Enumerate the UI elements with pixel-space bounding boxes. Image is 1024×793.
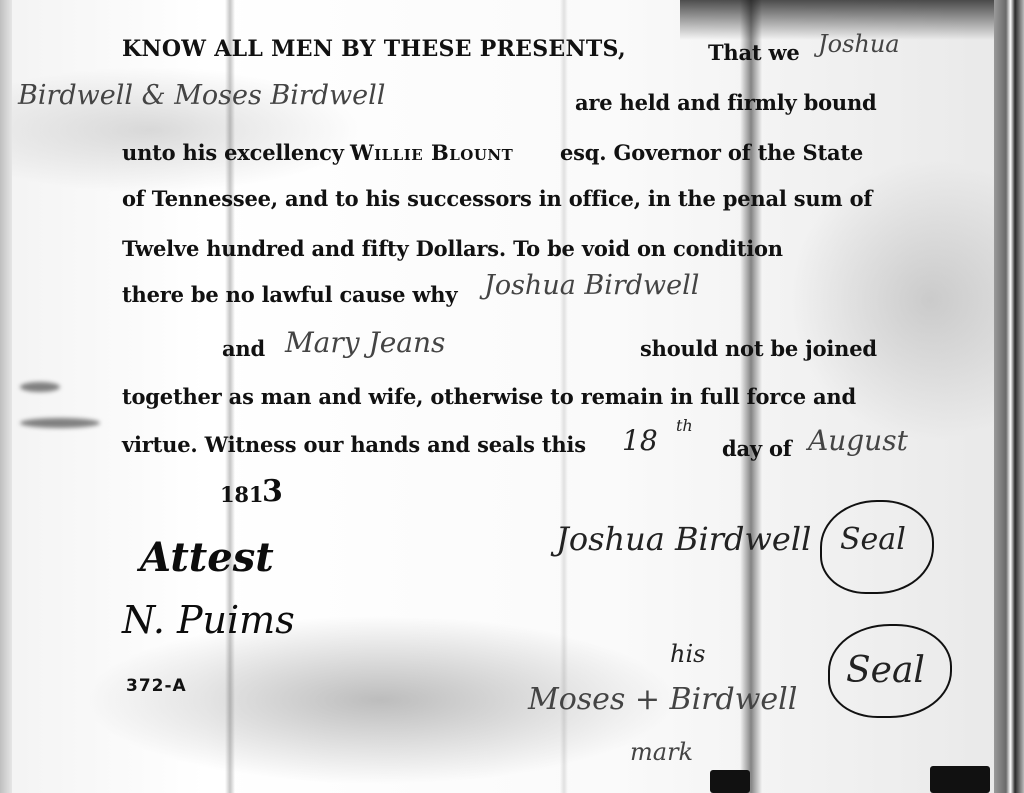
handwritten-obligors: Birdwell & Moses Birdwell [18,80,385,111]
seal-2-label: Seal [846,650,925,691]
seal-1-label: Seal [840,522,906,557]
document-scan: KNOW ALL MEN BY THESE PRESENTS, That we … [0,0,1024,793]
damage-blot [710,770,750,793]
printed-line-7a: and [222,336,265,361]
printed-line-9b: day of [722,436,792,461]
ink-smudge [20,382,60,392]
attest-signature: N. Puims [122,598,295,642]
mark-his-label: his [670,640,705,668]
attest-label: Attest [140,534,274,581]
page-left-edge [0,0,12,793]
printed-line-7b: should not be joined [640,336,877,361]
handwritten-year-digit: 3 [262,474,283,509]
printed-line-3b: esq. Governor of the State [560,140,863,165]
printed-line-6: there be no lawful cause why [122,282,457,307]
handwritten-obligor-first: Joshua [818,30,900,58]
handwritten-day-suffix: th [676,416,693,435]
printed-line-3a: unto his excellency [122,140,344,165]
handwritten-groom: Joshua Birdwell [484,270,699,301]
damage-blot [930,766,990,793]
signature-2: Moses + Birdwell [528,682,797,717]
ink-smudge [20,418,100,428]
mark-label: mark [630,738,693,766]
printed-line-8: together as man and wife, otherwise to r… [122,384,856,409]
handwritten-bride: Mary Jeans [285,326,445,359]
handwritten-day: 18 [622,424,658,457]
page-right-edge [994,0,1024,793]
printed-line-4: of Tennessee, and to his successors in o… [122,186,872,211]
governor-name: Willie Blount [350,140,513,165]
signature-1: Joshua Birdwell [556,520,811,558]
heading-continuation: That we [708,40,800,65]
printed-line-5: Twelve hundred and fifty Dollars. To be … [122,236,783,261]
handwritten-month: August [808,424,908,457]
printed-line-9a: virtue. Witness our hands and seals this [122,432,586,457]
stamp-number: 372-A [126,676,187,696]
printed-line-2: are held and firmly bound [575,90,877,115]
heading-text: KNOW ALL MEN BY THESE PRESENTS, [122,36,626,62]
printed-year-prefix: 181 [220,482,263,507]
